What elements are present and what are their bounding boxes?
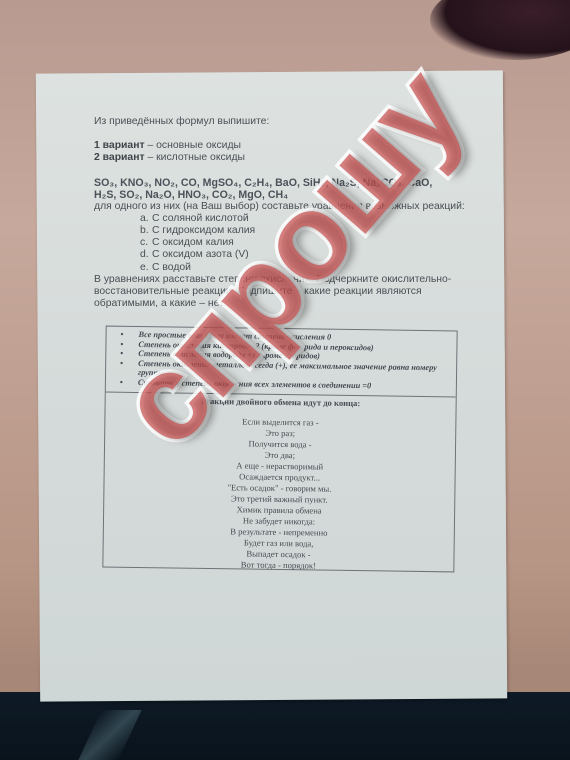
list-marker: b. [140,225,152,237]
variant-text: – основные оксиды [145,140,241,151]
list-marker: d. [140,249,152,261]
list-marker: c. [140,237,152,249]
background-cloth [430,0,570,60]
list-marker: a. [140,213,152,225]
list-marker: e. [140,262,152,274]
variant-label: 1 вариант [94,140,145,151]
variant-label: 2 вариант [94,152,145,163]
variant-text: – кислотные оксиды [145,152,245,163]
